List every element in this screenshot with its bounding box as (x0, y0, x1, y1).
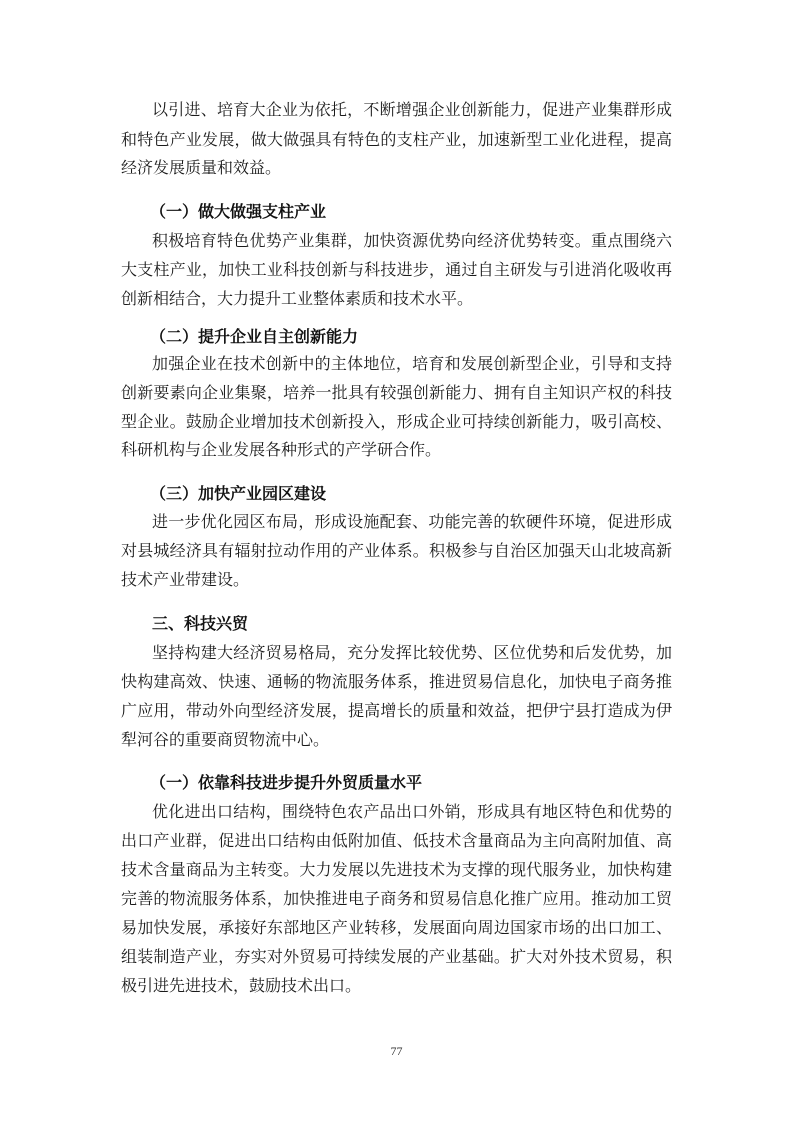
paragraph-line: 经济发展质量和效益。 (121, 157, 672, 179)
paragraph-line: 出口产业群，促进出口结构由低附加值、低技术含量商品为主向高附加值、高 (121, 830, 672, 852)
paragraph-line: 快构建高效、快速、通畅的物流服务体系，推进贸易信息化，加快电子商务推 (121, 671, 672, 693)
paragraph-line: 易加快发展，承接好东部地区产业转移，发展面向周边国家市场的出口加工、 (121, 917, 672, 939)
paragraph-line: 型企业。鼓励企业增加技术创新投入，形成企业可持续创新能力，吸引高校、 (121, 411, 672, 433)
paragraph-line: 加强企业在技术创新中的主体地位，培育和发展创新型企业，引导和支持 (152, 353, 672, 375)
paragraph-line: 犁河谷的重要商贸物流中心。 (121, 729, 672, 751)
paragraph-line: 进一步优化园区布局，形成设施配套、功能完善的软硬件环境，促进形成 (152, 511, 672, 533)
paragraph-line: 创新相结合，大力提升工业整体素质和技术水平。 (121, 288, 672, 310)
section-heading: （一）依靠科技进步提升外贸质量水平 (150, 772, 422, 794)
paragraph-line: 对县城经济具有辐射拉动作用的产业体系。积极参与自治区加强天山北坡高新 (121, 540, 672, 562)
paragraph-line: 组装制造产业，夯实对外贸易可持续发展的产业基础。扩大对外技术贸易，积 (121, 946, 672, 968)
document-page: 以引进、培育大企业为依托，不断增强企业创新能力，促进产业集群形成 和特色产业发展… (0, 0, 793, 1122)
paragraph-line: 技术含量商品为主转变。大力发展以先进技术为支撑的现代服务业，加快构建 (121, 859, 672, 881)
paragraph-line: 极引进先进技术，鼓励技术出口。 (121, 975, 672, 997)
paragraph-line: 完善的物流服务体系，加快推进电子商务和贸易信息化推广应用。推动加工贸 (121, 888, 672, 910)
paragraph-line: 大支柱产业，加快工业科技创新与科技进步，通过自主研发与引进消化吸收再 (121, 259, 672, 281)
section-heading: （三）加快产业园区建设 (150, 483, 326, 505)
page-number: 77 (0, 1044, 793, 1059)
paragraph-line: 积极培育特色优势产业集群，加快资源优势向经济优势转变。重点围绕六 (152, 230, 672, 252)
paragraph-line: 以引进、培育大企业为依托，不断增强企业创新能力，促进产业集群形成 (152, 99, 672, 121)
paragraph-line: 科研机构与企业发展各种形式的产学研合作。 (121, 439, 672, 461)
paragraph-line: 和特色产业发展，做大做强具有特色的支柱产业，加速新型工业化进程，提高 (121, 129, 672, 151)
paragraph-line: 优化进出口结构，围绕特色农产品出口外销，形成具有地区特色和优势的 (152, 801, 672, 823)
section-heading: （一）做大做强支柱产业 (150, 201, 326, 223)
paragraph-line: 技术产业带建设。 (121, 569, 672, 591)
paragraph-line: 坚持构建大经济贸易格局，充分发挥比较优势、区位优势和后发优势，加 (152, 642, 672, 664)
section-heading: （二）提升企业自主创新能力 (150, 326, 358, 348)
chapter-heading: 三、科技兴贸 (152, 613, 248, 635)
paragraph-line: 广应用，带动外向型经济发展，提高增长的质量和效益，把伊宁县打造成为伊 (121, 700, 672, 722)
paragraph-line: 创新要素向企业集聚，培养一批具有较强创新能力、拥有自主知识产权的科技 (121, 382, 672, 404)
